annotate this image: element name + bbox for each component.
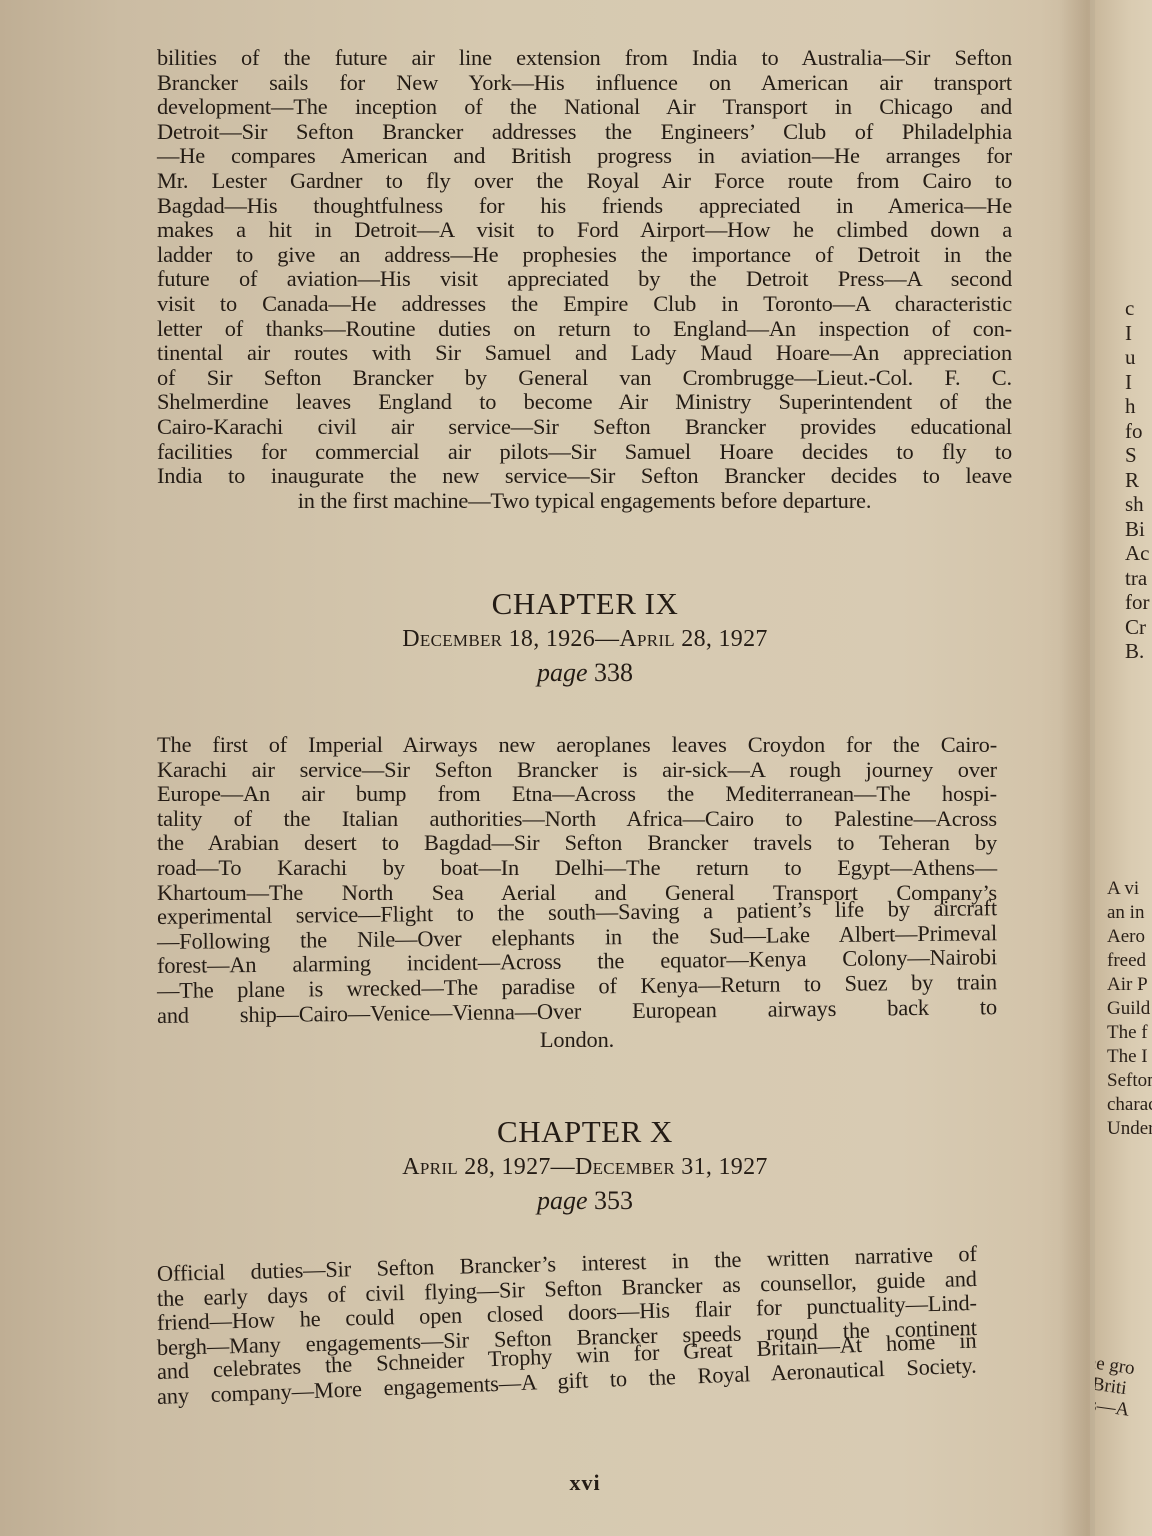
summary-line: Brancker sails for New York—His influenc… (157, 71, 1012, 96)
chapter-x-summary: Official duties—Sir Sefton Brancker’s in… (157, 1262, 977, 1410)
adjacent-page-fragments-middle: A vi an in Aero freed Air P Guild The f … (1107, 877, 1152, 1141)
summary-line: ladder to give an address—He prophesies … (157, 243, 1012, 268)
adjacent-page-fragments-upper: c I u I h fo S R sh Bi Ac tra for Cr B. (1125, 296, 1150, 664)
page-number: 338 (594, 658, 633, 687)
summary-line: The first of Imperial Airways new aeropl… (157, 733, 997, 758)
adjacent-page-fragments-lower: The gro in Briti arts—A (1095, 1350, 1137, 1421)
book-page-left: bilities of the future air line extensio… (0, 0, 1090, 1536)
chapter-x-heading: CHAPTER X April 28, 1927—December 31, 19… (320, 1114, 850, 1218)
summary-line: Mr. Lester Gardner to fly over the Royal… (157, 169, 1012, 194)
chapter-ix-heading: CHAPTER IX December 18, 1926—April 28, 1… (320, 586, 850, 690)
page-label: page (537, 1186, 588, 1215)
chapter-page-ref: page 338 (320, 656, 850, 690)
summary-line: —He compares American and British progre… (157, 144, 1012, 169)
summary-line: Cairo-Karachi civil air service—Sir Seft… (157, 415, 1012, 440)
chapter-viii-summary-continuation: bilities of the future air line extensio… (157, 46, 1012, 513)
summary-line: facilities for commercial air pilots—Sir… (157, 440, 1012, 465)
chapter-dates: April 28, 1927—December 31, 1927 (320, 1150, 850, 1184)
summary-line: India to inaugurate the new service—Sir … (157, 464, 1012, 489)
summary-line: Europe—An air bump from Etna—Across the … (157, 782, 997, 807)
summary-line: tinental air routes with Sir Samuel and … (157, 341, 1012, 366)
summary-line: Detroit—Sir Sefton Brancker addresses th… (157, 120, 1012, 145)
summary-line: development—The inception of the Nationa… (157, 95, 1012, 120)
summary-line: bilities of the future air line extensio… (157, 46, 1012, 71)
summary-line: Shelmerdine leaves England to become Air… (157, 390, 1012, 415)
summary-line: Bagdad—His thoughtfulness for his friend… (157, 194, 1012, 219)
summary-line: road—To Karachi by boat—In Delhi—The ret… (157, 856, 997, 881)
chapter-page-ref: page 353 (320, 1184, 850, 1218)
chapter-title: CHAPTER X (320, 1114, 850, 1150)
page-folio: xvi (540, 1470, 630, 1496)
chapter-dates: December 18, 1926—April 28, 1927 (320, 622, 850, 656)
summary-last-line: in the first machine—Two typical engagem… (157, 489, 1012, 514)
summary-last-line: London. (157, 1028, 997, 1053)
book-page-right-edge: c I u I h fo S R sh Bi Ac tra for Cr B. … (1095, 0, 1152, 1536)
summary-line: visit to Canada—He addresses the Empire … (157, 292, 1012, 317)
summary-line: letter of thanks—Routine duties on retur… (157, 317, 1012, 342)
summary-line: of Sir Sefton Brancker by General van Cr… (157, 366, 1012, 391)
summary-line: tality of the Italian authorities—North … (157, 807, 997, 832)
summary-line: Karachi air service—Sir Sefton Brancker … (157, 758, 997, 783)
summary-line: the Arabian desert to Bagdad—Sir Sefton … (157, 831, 997, 856)
page-label: page (537, 658, 588, 687)
summary-line: makes a hit in Detroit—A visit to Ford A… (157, 218, 1012, 243)
page-number: 353 (594, 1186, 633, 1215)
chapter-ix-summary: The first of Imperial Airways new aeropl… (157, 733, 997, 1053)
summary-line: future of aviation—His visit appreciated… (157, 267, 1012, 292)
chapter-title: CHAPTER IX (320, 586, 850, 622)
